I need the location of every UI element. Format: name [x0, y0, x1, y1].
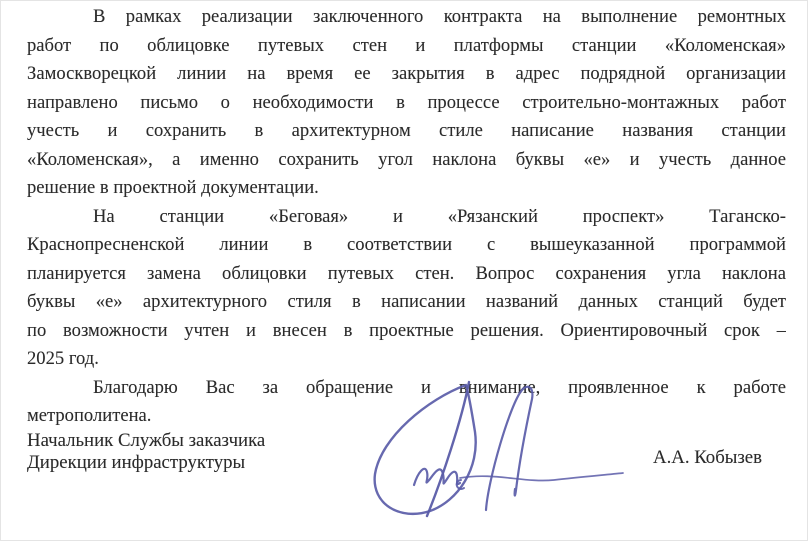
- signer-position-line2: Дирекции инфраструктуры: [27, 452, 265, 474]
- body-line-p1-l2: работ по облицовке путевых стен и платфо…: [27, 32, 786, 61]
- body-line-p2-l4: буквы «е» архитектурного стиля в написан…: [27, 288, 786, 317]
- body-line-p1-l6: «Коломенская», а именно сохранить угол н…: [27, 146, 786, 175]
- body-line-p2-l1: На станции «Беговая» и «Рязанский проспе…: [27, 203, 786, 232]
- body-line-p2-l5: по возможности учтен и внесен в проектны…: [27, 317, 786, 346]
- body-line-p1-l5: учесть и сохранить в архитектурном стиле…: [27, 117, 786, 146]
- letter-page: В рамках реализации заключенного контрак…: [0, 0, 808, 541]
- body-line-p2-l2: Краснопресненской линии в соответствии с…: [27, 231, 786, 260]
- body-line-p2-l6: 2025 год.: [27, 345, 786, 374]
- letter-body: В рамках реализации заключенного контрак…: [27, 3, 786, 431]
- handwritten-signature-icon: [364, 377, 634, 522]
- body-line-p1-l4: направлено письмо о необходимости в проц…: [27, 89, 786, 118]
- signer-name: А.А. Кобызев: [653, 447, 762, 469]
- body-line-p1-l1: В рамках реализации заключенного контрак…: [27, 3, 786, 32]
- body-line-p1-l3: Замоскворецкой линии на время ее закрыти…: [27, 60, 786, 89]
- signer-position: Начальник Службы заказчика Дирекции инфр…: [27, 430, 265, 474]
- body-line-p1-l7: решение в проектной документации.: [27, 174, 786, 203]
- body-line-p2-l3: планируется замена облицовки путевых сте…: [27, 260, 786, 289]
- signer-position-line1: Начальник Службы заказчика: [27, 430, 265, 452]
